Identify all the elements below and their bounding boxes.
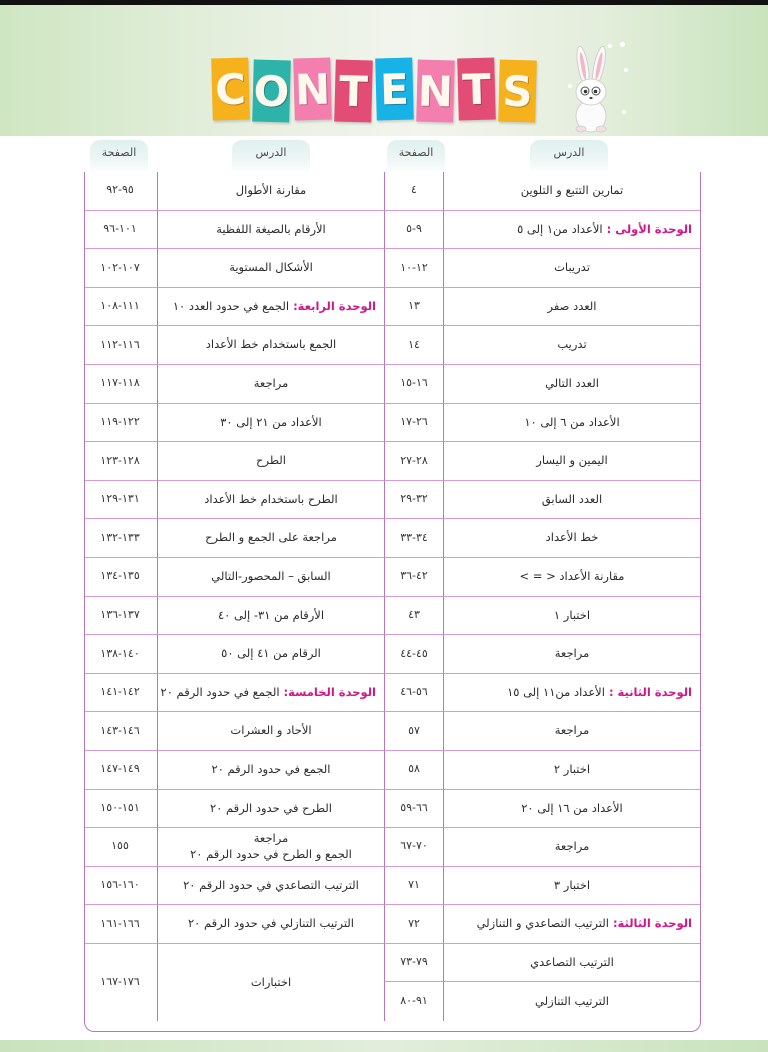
- toc-lesson-cell: اليمين و اليسار: [443, 442, 700, 481]
- lesson-title: الجمع في حدود الرقم ٢٠: [161, 685, 280, 701]
- page-number: ١٢٢-١١٩: [100, 415, 139, 430]
- toc-lesson-cell: خط الأعداد: [443, 519, 700, 558]
- toc-lesson-cell: السابق – المحصور-التالي: [157, 558, 384, 597]
- toc-lesson-cell: الأرقام من ٣١- إلى ٤٠: [157, 597, 384, 636]
- lesson-title: الأشكال المستوية: [229, 260, 313, 276]
- lesson-title: الجمع باستخدام خط الأعداد: [206, 337, 336, 353]
- toc-page-cell: ٧١: [384, 867, 443, 906]
- toc-lesson-cell: الترتيب التنازلي في حدود الرقم ٢٠: [157, 905, 384, 944]
- unit-label: الوحدة الخامسة:: [284, 685, 376, 701]
- contents-title: CONTENTS: [212, 58, 536, 124]
- toc-lesson-cell: الوحدة الرابعة:الجمع في حدود العدد ١٠: [157, 288, 384, 327]
- toc-lesson-cell: الترتيب التصاعدي في حدود الرقم ٢٠: [157, 867, 384, 906]
- lesson-title: العدد صفر: [548, 299, 597, 315]
- toc-page-cell: ٣٤-٣٣: [384, 519, 443, 558]
- toc-lesson-cell: العدد التالي: [443, 365, 700, 404]
- toc-lesson-cell: الطرح باستخدام خط الأعداد: [157, 481, 384, 520]
- lesson-subtitle: الجمع و الطرح في حدود الرقم ٢٠: [190, 847, 352, 863]
- page-number: ٧٢: [408, 917, 420, 932]
- toc-page-cell: ١٣٥-١٣٤: [84, 558, 157, 597]
- header-lesson-left: الدرس: [232, 140, 310, 174]
- unit-label: الوحدة الثالثة:: [613, 916, 692, 932]
- toc-page-cell: ١١٨-١١٧: [84, 365, 157, 404]
- toc-page-cell: ١٣٣-١٣٢: [84, 519, 157, 558]
- unit-label: الوحدة الرابعة:: [293, 299, 376, 315]
- page-number: ٤٥-٤٤: [400, 647, 428, 662]
- toc-page-cell: ١٣: [384, 288, 443, 327]
- lesson-title: اختبار ٢: [554, 762, 590, 778]
- lesson-title: الأرقام من ٣١- إلى ٤٠: [218, 608, 324, 624]
- toc-page-cell: ٥٧: [384, 712, 443, 751]
- page-number: ٧١: [408, 878, 420, 893]
- toc-page-cell: ٩١-٨٠: [384, 982, 443, 1021]
- toc-page-cell: ١٤٩-١٤٧: [84, 751, 157, 790]
- toc-lesson-cell: الوحدة الثالثة:الترتيب التصاعدي و التناز…: [443, 905, 700, 944]
- toc-page-cell: ٧٩-٧٣: [384, 944, 443, 983]
- lesson-title: مراجعة: [555, 646, 590, 662]
- toc-lesson-cell: الترتيب التنازلي: [443, 982, 700, 1021]
- page-number: ٩١-٨٠: [400, 994, 428, 1009]
- toc-page-cell: ١١٦-١١٢: [84, 326, 157, 365]
- page-number: ٧٠-٦٧: [400, 839, 428, 854]
- lesson-title: تدريبات: [554, 260, 590, 276]
- toc-lesson-cell: مقارنة الأعداد < = >: [443, 558, 700, 597]
- toc-lesson-cell: مراجعةالجمع و الطرح في حدود الرقم ٢٠: [157, 828, 384, 867]
- toc-lesson-cell: الوحدة الثانية :الأعداد من١١ إلى ١٥: [443, 674, 700, 713]
- toc-page-cell: ٩٥-٩٢: [84, 172, 157, 211]
- toc-lesson-cell: تدريب: [443, 326, 700, 365]
- snow-dots: [560, 40, 630, 120]
- toc-page-cell: ١٠٧-١٠٢: [84, 249, 157, 288]
- lesson-title: اختبار ٣: [554, 878, 590, 894]
- toc-lesson-cell: الأحاد و العشرات: [157, 712, 384, 751]
- lesson-title: الأعداد من ٢١ إلى ٣٠: [220, 415, 322, 431]
- toc-page-cell: ٥٦-٤٦: [384, 674, 443, 713]
- lesson-title: مقارنة الأعداد < = >: [520, 569, 625, 585]
- toc-page-cell: ٤: [384, 172, 443, 211]
- toc-lesson-cell: مراجعة على الجمع و الطرح: [157, 519, 384, 558]
- page-number: ١٥٥: [111, 839, 129, 854]
- toc-lesson-cell: مراجعة: [157, 365, 384, 404]
- lesson-title: العدد السابق: [542, 492, 602, 508]
- toc-page-cell: ٤٢-٣٦: [384, 558, 443, 597]
- toc-page-cell: ٥٨: [384, 751, 443, 790]
- toc-page-cell: ٣٢-٢٩: [384, 481, 443, 520]
- page-number: ١٣٧-١٣٦: [100, 608, 139, 623]
- title-letter-tile: C: [211, 58, 250, 121]
- toc-lesson-cell: الجمع باستخدام خط الأعداد: [157, 326, 384, 365]
- lesson-title: الأرقام بالصيغة اللفظية: [216, 222, 326, 238]
- toc-lesson-cell: الأعداد من ٦ إلى ١٠: [443, 404, 700, 443]
- toc-page-cell: ١٣٧-١٣٦: [84, 597, 157, 636]
- lesson-title: مراجعة على الجمع و الطرح: [205, 530, 337, 546]
- page-number: ٢٦-١٧: [400, 415, 428, 430]
- lesson-title: الأعداد من ٦ إلى ١٠: [524, 415, 619, 431]
- page-number: ١٥١-١٥٠: [100, 801, 139, 816]
- toc-page-cell: ٦٦-٥٩: [384, 790, 443, 829]
- toc-lesson-cell: مراجعة: [443, 635, 700, 674]
- page-number: ١٣: [408, 299, 420, 314]
- page-number: ١٦-١٥: [400, 376, 428, 391]
- toc-page-cell: ١٣١-١٢٩: [84, 481, 157, 520]
- toc-lesson-cell: اختبار ١: [443, 597, 700, 636]
- page-number: ٤٢-٣٦: [400, 569, 428, 584]
- toc-lesson-cell: اختبار ٣: [443, 867, 700, 906]
- lesson-title: اختبار ١: [554, 608, 590, 624]
- toc-lesson-cell: الأرقام بالصيغة اللفظية: [157, 211, 384, 250]
- lesson-title: السابق – المحصور-التالي: [211, 569, 330, 585]
- title-letter-tile: N: [416, 60, 455, 123]
- title-letter-tile: T: [334, 60, 373, 123]
- unit-label: الوحدة الأولى :: [607, 222, 692, 238]
- lesson-title: الأعداد من١ إلى ٥: [517, 222, 603, 238]
- toc-lesson-cell-merged: اختبارات: [157, 944, 384, 1021]
- lesson-title: مراجعة: [555, 723, 590, 739]
- page-number: ١٣١-١٢٩: [100, 492, 139, 507]
- unit-label: الوحدة الثانية :: [609, 685, 692, 701]
- toc-page-cell: ١٤٦-١٤٣: [84, 712, 157, 751]
- toc-lesson-cell: الأعداد من ٢١ إلى ٣٠: [157, 404, 384, 443]
- lesson-title: الترتيب التنازلي: [535, 994, 609, 1010]
- page-number: ٣٢-٢٩: [400, 492, 428, 507]
- lesson-title: الجمع في حدود العدد ١٠: [173, 299, 289, 315]
- toc-page-cell: ٤٣: [384, 597, 443, 636]
- toc-page-cell: ٢٨-٢٧: [384, 442, 443, 481]
- lesson-title: الأعداد من ١٦ إلى ٢٠: [521, 801, 623, 817]
- lesson-title: خط الأعداد: [546, 530, 599, 546]
- page-number: ٤٣: [408, 608, 420, 623]
- lesson-title: الأحاد و العشرات: [230, 723, 311, 739]
- page-number: ١١١-١٠٨: [100, 299, 139, 314]
- page-number: ١٤٢-١٤١: [100, 685, 139, 700]
- toc-page-cell: ٤٥-٤٤: [384, 635, 443, 674]
- toc-lesson-cell: اختبار ٢: [443, 751, 700, 790]
- page-number: ١٣٣-١٣٢: [100, 531, 139, 546]
- toc-page-cell: ١٠١-٩٦: [84, 211, 157, 250]
- toc-lesson-cell: الجمع في حدود الرقم ٢٠: [157, 751, 384, 790]
- title-letter-tile: O: [252, 60, 291, 123]
- toc-page-cell: ٩-٥: [384, 211, 443, 250]
- page-number: ١٤: [408, 338, 420, 353]
- page-number: ٥٦-٤٦: [400, 685, 428, 700]
- page-number: ٩٥-٩٢: [106, 183, 134, 198]
- toc-page-cell: ١٢٢-١١٩: [84, 404, 157, 443]
- lesson-title: مراجعة: [555, 839, 590, 855]
- footer-band: [0, 1040, 768, 1052]
- lesson-title: الترتيب التصاعدي و التنازلي: [477, 916, 609, 932]
- toc-lesson-cell: تدريبات: [443, 249, 700, 288]
- page-number: ٦٦-٥٩: [400, 801, 428, 816]
- page-number: ١١٨-١١٧: [100, 376, 139, 391]
- title-letter-tile: N: [293, 58, 332, 121]
- contents-table: تمارين التتبع و التلوين٤مقارنة الأطوال٩٥…: [84, 172, 701, 1032]
- toc-page-cell: ١٤: [384, 326, 443, 365]
- page-number: ١٤٦-١٤٣: [100, 724, 139, 739]
- page-number: ٥٨: [408, 762, 420, 777]
- lesson-title: الرقام من ٤١ إلى ٥٠: [221, 646, 321, 662]
- lesson-title: العدد التالي: [545, 376, 599, 392]
- toc-page-cell: ١٦٦-١٦١: [84, 905, 157, 944]
- page-number: ١٤٩-١٤٧: [100, 762, 139, 777]
- page-number: ١٢٨-١٢٣: [100, 454, 139, 469]
- header-page-left: الصفحة: [90, 140, 148, 174]
- toc-lesson-cell: الوحدة الخامسة:الجمع في حدود الرقم ٢٠: [157, 674, 384, 713]
- toc-page-cell: ١٥٥: [84, 828, 157, 867]
- page-number: ٣٤-٣٣: [400, 531, 428, 546]
- page-number: ١٦٦-١٦١: [100, 917, 139, 932]
- page-number: ١١٦-١١٢: [100, 338, 139, 353]
- toc-page-cell: ١٤٠-١٣٨: [84, 635, 157, 674]
- toc-lesson-cell: تمارين التتبع و التلوين: [443, 172, 700, 211]
- lesson-title: الترتيب التصاعدي في حدود الرقم ٢٠: [183, 878, 359, 894]
- toc-page-cell: ٧٢: [384, 905, 443, 944]
- lesson-title: تدريب: [557, 337, 586, 353]
- lesson-title: الطرح باستخدام خط الأعداد: [204, 492, 337, 508]
- toc-page-cell: ١٢-١٠: [384, 249, 443, 288]
- lesson-title: الترتيب التنازلي في حدود الرقم ٢٠: [188, 916, 354, 932]
- lesson-title: مراجعة: [254, 831, 289, 847]
- lesson-title: الجمع في حدود الرقم ٢٠: [212, 762, 331, 778]
- page-number: ٢٨-٢٧: [400, 454, 428, 469]
- toc-lesson-cell: الطرح في حدود الرقم ٢٠: [157, 790, 384, 829]
- contents-grid: تمارين التتبع و التلوين٤مقارنة الأطوال٩٥…: [85, 172, 700, 1021]
- lesson-title: الطرح في حدود الرقم ٢٠: [210, 801, 332, 817]
- lesson-title: الطرح: [256, 453, 286, 469]
- page-number: ١٢-١٠: [400, 261, 428, 276]
- lesson-title: مقارنة الأطوال: [236, 183, 306, 199]
- page-number: ١٤٠-١٣٨: [100, 647, 139, 662]
- toc-page-cell-merged: ١٧٦-١٦٧: [84, 944, 157, 1021]
- toc-page-cell: ١١١-١٠٨: [84, 288, 157, 327]
- toc-lesson-cell: مراجعة: [443, 828, 700, 867]
- lesson-title: اليمين و اليسار: [536, 453, 607, 469]
- toc-page-cell: ١٦٠-١٥٦: [84, 867, 157, 906]
- page-number: ١٠٧-١٠٢: [100, 261, 139, 276]
- toc-lesson-cell: الترتيب التصاعدي: [443, 944, 700, 983]
- title-letter-tile: S: [498, 60, 537, 123]
- title-letter-tile: T: [457, 58, 496, 121]
- lesson-title: مراجعة: [254, 376, 289, 392]
- toc-lesson-cell: الوحدة الأولى :الأعداد من١ إلى ٥: [443, 211, 700, 250]
- lesson-title: الأعداد من١١ إلى ١٥: [507, 685, 605, 701]
- lesson-title: تمارين التتبع و التلوين: [521, 183, 623, 199]
- toc-lesson-cell: مراجعة: [443, 712, 700, 751]
- toc-page-cell: ١٢٨-١٢٣: [84, 442, 157, 481]
- page-number: ٩-٥: [406, 222, 422, 237]
- page-number: ٥٧: [408, 724, 420, 739]
- toc-page-cell: ٧٠-٦٧: [384, 828, 443, 867]
- toc-lesson-cell: العدد صفر: [443, 288, 700, 327]
- toc-lesson-cell: مقارنة الأطوال: [157, 172, 384, 211]
- title-letter-tile: E: [375, 58, 414, 121]
- toc-lesson-cell: العدد السابق: [443, 481, 700, 520]
- toc-lesson-cell: الأعداد من ١٦ إلى ٢٠: [443, 790, 700, 829]
- lesson-title: اختبارات: [251, 975, 291, 991]
- toc-lesson-cell: الرقام من ٤١ إلى ٥٠: [157, 635, 384, 674]
- page-number: ١٧٦-١٦٧: [100, 975, 139, 990]
- lesson-title: الترتيب التصاعدي: [530, 955, 614, 971]
- page-number: ١٦٠-١٥٦: [100, 878, 139, 893]
- toc-page-cell: ١٦-١٥: [384, 365, 443, 404]
- page-number: ٤: [411, 183, 417, 198]
- toc-lesson-cell: الطرح: [157, 442, 384, 481]
- header-page-right: الصفحة: [387, 140, 445, 174]
- page-number: ٧٩-٧٣: [400, 955, 428, 970]
- toc-page-cell: ٢٦-١٧: [384, 404, 443, 443]
- page-number: ١٠١-٩٦: [103, 222, 137, 237]
- page-number: ١٣٥-١٣٤: [100, 569, 139, 584]
- header-lesson-right: الدرس: [530, 140, 608, 174]
- toc-page-cell: ١٥١-١٥٠: [84, 790, 157, 829]
- toc-lesson-cell: الأشكال المستوية: [157, 249, 384, 288]
- toc-page-cell: ١٤٢-١٤١: [84, 674, 157, 713]
